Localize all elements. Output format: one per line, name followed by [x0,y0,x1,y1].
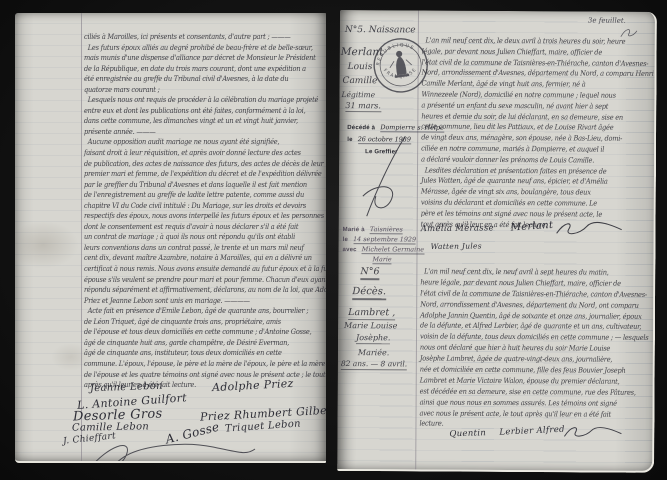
act-text-line: entre eux et dont les publications ont é… [84,106,308,117]
birth-act-margin-date: 31 mars. [345,101,381,112]
act-text-line: Acte fait en présence d'Emile Lebon, âgé… [84,306,308,317]
mayor-paraph-death [562,423,624,441]
marriage-act-text: ciliés à Maroilles, ici présents et cons… [84,32,308,391]
signature-flourish [85,437,260,463]
act-text-line: épouse s'ils veulent se prendre pour mar… [84,275,308,286]
signature-watten-jules: Watten Jules [431,241,482,251]
act-text-line: répondu séparément et affirmativement, d… [84,285,308,296]
act-text-line: âgé de cinquante huit ans, garde champêt… [84,338,308,349]
left-page-margin-rule [81,13,82,461]
signature-quentin: Quentin [449,428,486,439]
signature-jeanne-lebon: Jeanne Lebon [90,381,163,395]
act-text-line: dont le consentement est requis d'avoir … [84,222,308,233]
death-act-margin-status: Mariée. [358,348,389,357]
death-note-prefix2: le [347,137,352,143]
act-text-line: ainsi que nous nous en sommes assurés. L… [420,397,635,409]
act-text-line: un contrat de mariage ; à quoi ils nous … [84,232,308,243]
greffier-signature [359,132,412,220]
act-text-line: de l'épouse et tous deux domiciliés en c… [84,327,308,338]
death-act-margin-number: N°6 [360,266,379,280]
act-text-line: Aucune opposition audit mariage ne nous … [84,137,308,148]
act-text-line: a présenté un enfant du sexe masculin, n… [421,100,636,112]
stain [15,221,79,269]
death-act-margin-firstname2: Josèphe. [356,333,390,344]
act-text-line: légale, par devant nous Julien Chieffart… [422,46,637,58]
death-act-margin-firstname1: Marie Louise [344,321,397,330]
act-text-line: de Léon Triquet, âgé de cinquante trois … [84,317,308,328]
act-text-line: est décédée en sa demeure, sise en cette… [420,386,635,398]
register-left-page: ciliés à Maroilles, ici présents et cons… [15,13,326,463]
death-act-margin-type: Décès. [352,286,386,300]
death-act-text: L'an mil neuf cent dix, le neuf avril à … [419,266,635,431]
svg-text:RÉPUBLIQUE: RÉPUBLIQUE [373,40,418,67]
birth-act-margin-number: N°5. Naissance [345,25,416,35]
marriage-note-fill3: Michelet Germaine [362,245,424,254]
birth-act-margin-filiation: Légitime [341,90,375,99]
act-text-line: de publication, des actes de naissance d… [84,159,308,170]
marriage-margin-note-line4: Marie [372,246,391,265]
marriage-note-prefix3: avec [343,247,357,253]
death-act-margin-name: Lambret , [348,307,395,320]
act-text-line: avec nous le présent acte, le tout après… [420,408,635,420]
act-text-line: commune. L'époux, l'épouse, le père et l… [84,359,308,370]
act-text-line: respectifs des époux, nous avons interpe… [84,211,308,222]
act-text-line: Priez et Jeanne Lebon sont unis en maria… [84,296,308,307]
signature-merlant: Merlant [510,220,553,234]
act-text-line: quatorze mars courant ; [84,85,308,96]
birth-act-margin-firstname1: Louis [348,62,373,72]
stamp-text-top: RÉPUBLIQUE [373,40,418,67]
mayor-paraph-birth [554,218,626,240]
act-text-line: faisant droit à leur réquisition, et apr… [84,148,308,159]
folio-label: 3e feuillet. [588,17,626,25]
act-text-line: par le greffier du Tribunal d'Avesnes et… [84,180,308,191]
act-text-line: mais munis d'une dispense d'alliance par… [84,53,308,64]
act-text-line: été enregistrée au greffe du Tribunal ci… [84,74,308,85]
act-text-line: l'état civil de la commune de Taisnières… [420,288,635,300]
act-text-line: de l'enregistrement au greffe de ladite … [84,190,308,201]
act-text-line: Lesquels nous ont requis de procéder à l… [84,95,308,106]
act-text-line: dans cette commune, les dimanches vingt … [84,116,308,127]
death-act-margin-age-date: 82 ans. — 8 avril. [341,359,407,370]
signature-amelia-merasse: Amélia Mérasse [421,223,494,234]
signature-adolphe-priez: Adolphe Priez [212,377,294,394]
birth-act-text: L'an mil neuf cent dix, le deux avril à … [421,36,637,232]
act-text-line: premier mari et femme, de l'expédition d… [84,169,308,180]
act-text-line: présente année. ——— [84,127,308,138]
marriage-note-fill4: Marie [372,255,391,264]
act-text-line: Les futurs époux alliés au degré prohibé… [84,43,308,54]
act-text-line: cent dix, devant maître Azambre, notaire… [84,253,308,264]
act-text-line: certificat à nous remis. Nous avons ensu… [84,264,308,275]
act-text-line: âgé de cinquante ans, instituteur, tous … [84,348,308,359]
register-scan: ciliés à Maroilles, ici présents et cons… [0,0,667,480]
act-text-line: de la République, en date du trois mars … [84,64,308,75]
register-right-page: 3e feuillet. N°5. Naissance Merlant Loui… [337,10,657,473]
act-text-line: ciliés à Maroilles, ici présents et cons… [84,32,308,43]
act-text-line: chapitre VI du Code civil intitulé : Du … [84,201,308,212]
act-text-line: Nord, arrondissement d'Avesnes, départem… [420,299,635,311]
signature-lerbier-alfred: Lerbier Alfred [499,425,565,438]
act-text-line: a déclaré vouloir donner les prénoms de … [421,154,636,166]
act-text-line: leurs conventions dans un contrat passé,… [84,243,308,254]
